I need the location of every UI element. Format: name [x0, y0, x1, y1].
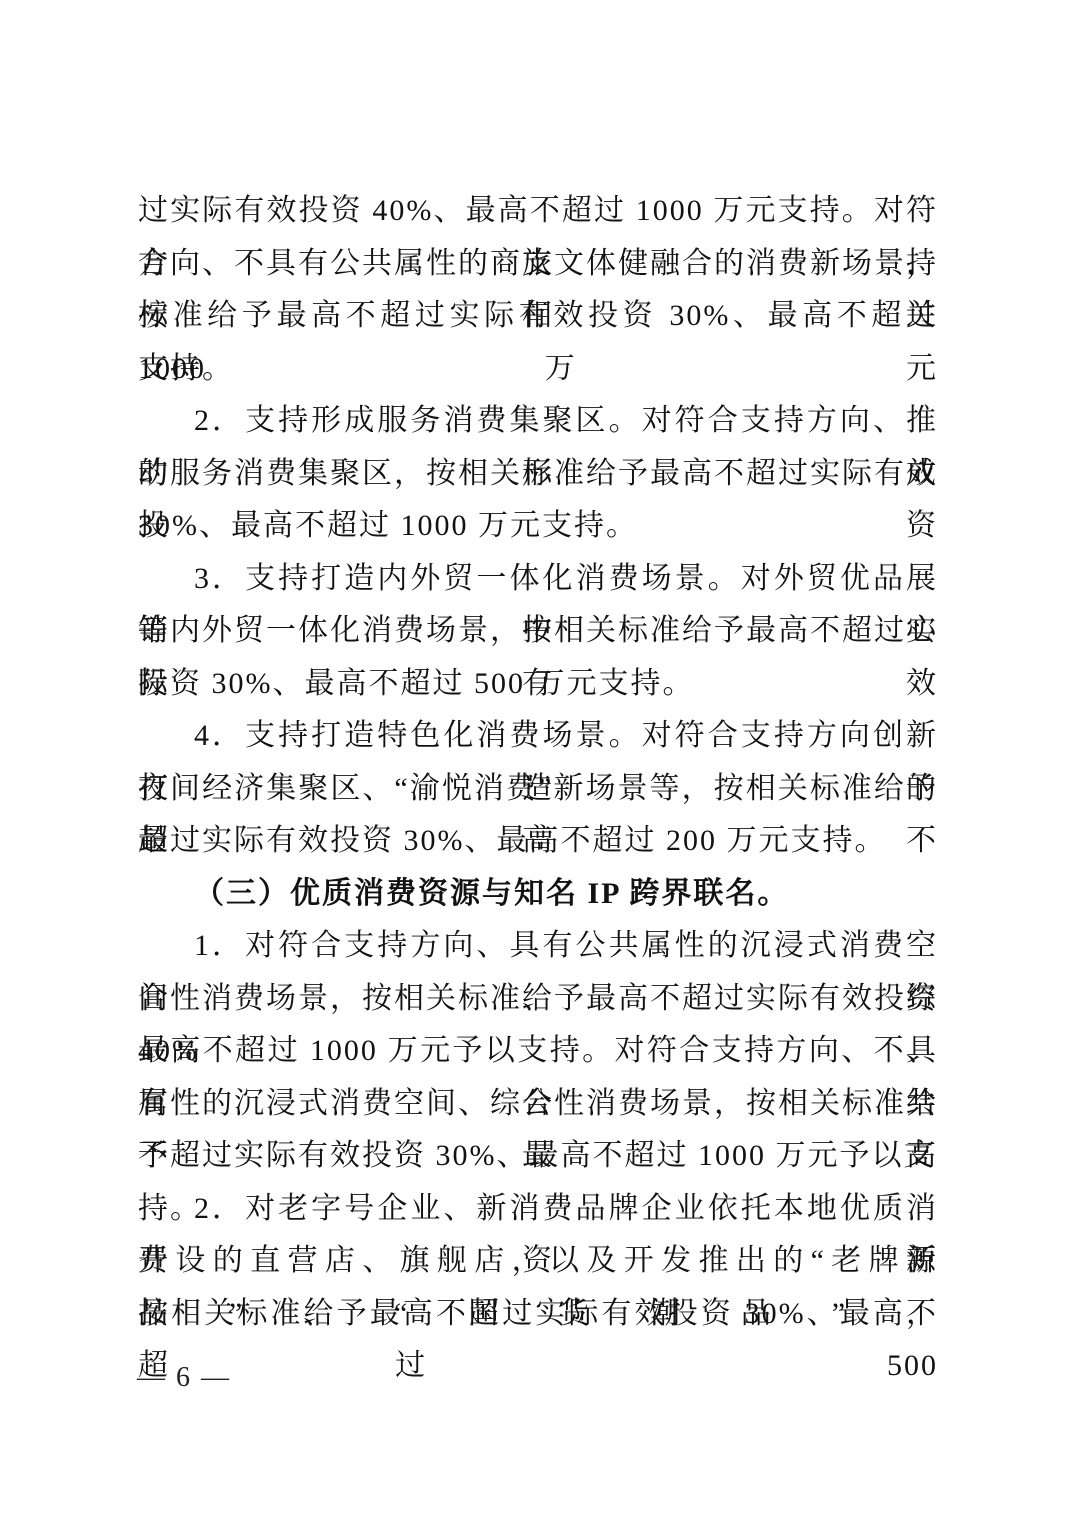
document-text-line: 属性的沉浸式消费空间、综合性消费场景，按相关标准给予最高	[138, 1078, 938, 1131]
document-text-line: 1．对符合支持方向、具有公共属性的沉浸式消费空间、综	[138, 920, 938, 973]
document-text-line: 合性消费场景，按相关标准给予最高不超过实际有效投资 40%、	[138, 973, 938, 1026]
document-text-line: 2．对老字号企业、新消费品牌企业依托本地优质消费资源	[138, 1183, 938, 1236]
document-text-line: 按相关标准给予最高不超过实际有效投资 30%、最高不超过 500	[138, 1288, 938, 1341]
document-text-line: 夜间经济集聚区、“渝悦消费”新场景等，按相关标准给予最高不	[138, 763, 938, 816]
document-text-line: 开设的直营店、旗舰店，以及开发推出的“老牌新品”、“国货潮品”，	[138, 1235, 938, 1288]
document-text-line: 最高不超过 1000 万元予以支持。对符合支持方向、不具有公共	[138, 1025, 938, 1078]
section-heading-line: （三）优质消费资源与知名 IP 跨界联名。	[138, 868, 938, 921]
document-text-line: 不超过实际有效投资 30%、最高不超过 1000 万元予以支持。	[138, 1130, 938, 1183]
document-text-line: 过实际有效投资 40%、最高不超过 1000 万元支持。对符合支持	[138, 185, 938, 238]
document-text-line: 4．支持打造特色化消费场景。对符合支持方向创新打造的	[138, 710, 938, 763]
document-text-line: 3．支持打造内外贸一体化消费场景。对外贸优品展销中心	[138, 553, 938, 606]
document-text-line: 等内外贸一体化消费场景，按相关标准给予最高不超过实际有效	[138, 605, 938, 658]
document-text-line: 标准给予最高不超过实际有效投资 30%、最高不超过 1000 万元	[138, 290, 938, 343]
document-text-line: 的服务消费集聚区，按相关标准给予最高不超过实际有效投资	[138, 448, 938, 501]
document-body: 过实际有效投资 40%、最高不超过 1000 万元支持。对符合支持方向、不具有公…	[138, 185, 938, 1340]
document-text-line: 超过实际有效投资 30%、最高不超过 200 万元支持。	[138, 815, 938, 868]
document-text-line: 2．支持形成服务消费集聚区。对符合支持方向、推动形成	[138, 395, 938, 448]
document-page: 过实际有效投资 40%、最高不超过 1000 万元支持。对符合支持方向、不具有公…	[0, 0, 1074, 1520]
page-number: — 6 —	[137, 1358, 231, 1398]
document-text-line: 方向、不具有公共属性的商旅文体健融合的消费新场景，按相关	[138, 238, 938, 291]
